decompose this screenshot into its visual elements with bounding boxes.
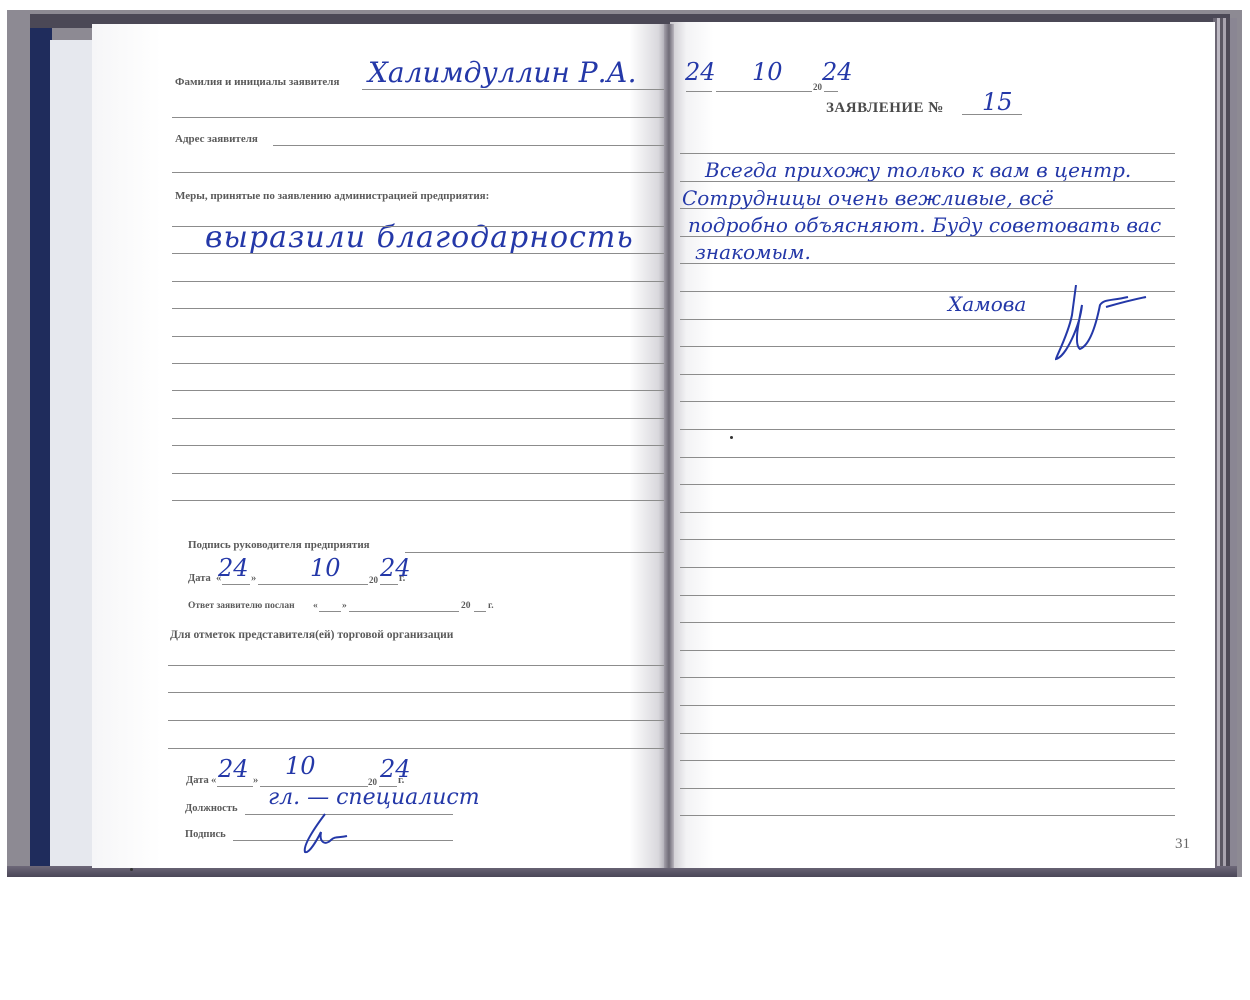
ruled-line [680, 512, 1175, 513]
trade-rep-date-year: 24 [380, 755, 411, 783]
author-signature-mark [1050, 285, 1150, 365]
ruled-line [680, 484, 1175, 485]
reply-year-line [474, 611, 486, 612]
flyleaf-page [50, 40, 95, 873]
applicant-name-value[interactable]: Халимдуллин Р.А. [368, 56, 637, 89]
author-signature-name[interactable]: Хамова [948, 292, 1026, 316]
statement-body-line-2[interactable]: Сотрудницы очень вежливые, всё [682, 186, 1054, 210]
quote-close: » [253, 775, 258, 786]
header-date-month: 10 [752, 58, 783, 86]
ruled-line [680, 788, 1175, 789]
manager-date-year: 24 [380, 554, 411, 582]
manager-date-year-prefix: 20 [369, 575, 378, 585]
page-number: 31 [1175, 836, 1190, 853]
manager-date-day-line [222, 584, 250, 585]
header-date-year: 24 [822, 58, 853, 86]
quote-close: » [251, 573, 256, 584]
statement-body-line-1[interactable]: Всегда прихожу только к вам в центр. [705, 158, 1131, 182]
reply-year-prefix: 20 [461, 601, 471, 611]
ruled-line [680, 677, 1175, 678]
book-cover-left [30, 28, 52, 877]
ruled-line [680, 650, 1175, 651]
applicant-name-label: Фамилия и инициалы заявителя [175, 76, 339, 88]
ruled-line [680, 705, 1175, 706]
ruled-line [172, 226, 667, 227]
right-page [670, 22, 1215, 868]
signature-label: Подпись [185, 829, 226, 840]
quote-open: « [211, 775, 216, 786]
reply-sent-suffix: г. [488, 601, 494, 611]
ruled-line [172, 308, 667, 309]
ruled-line [172, 418, 667, 419]
applicant-name-line [362, 89, 667, 90]
position-label: Должность [185, 803, 238, 814]
ruled-line [172, 473, 667, 474]
ruled-line [172, 363, 667, 364]
trade-rep-day-line [217, 786, 253, 787]
measures-label: Меры, принятые по заявлению администраци… [175, 190, 489, 202]
ruled-line [680, 401, 1175, 402]
applicant-name-line-2 [172, 117, 667, 118]
header-date-year-prefix: 20 [813, 82, 822, 92]
reply-day-line [319, 611, 341, 612]
ruled-line [680, 815, 1175, 816]
ruled-line [168, 692, 667, 693]
ruled-line [168, 748, 667, 749]
page-stack-edge [1213, 18, 1237, 870]
trade-rep-signature-mark [295, 810, 355, 855]
trade-rep-date-day: 24 [218, 755, 249, 783]
ruled-line [680, 429, 1175, 430]
ruled-line [680, 733, 1175, 734]
scan-speck [130, 868, 133, 871]
applicant-address-line-2 [172, 172, 667, 173]
manager-date-year-line [380, 584, 398, 585]
reply-month-line [349, 611, 459, 612]
header-date-day: 24 [685, 58, 716, 86]
ruled-line [172, 281, 667, 282]
ruled-line [680, 374, 1175, 375]
book-spine-gutter [664, 24, 674, 868]
applicant-address-label: Адрес заявителя [175, 133, 258, 145]
ruled-line [680, 153, 1175, 154]
left-page [92, 24, 670, 868]
manager-date-month-line [258, 584, 368, 585]
ruled-line [680, 457, 1175, 458]
ruled-line [172, 500, 667, 501]
scan-speck [730, 436, 733, 439]
quote-open: « [313, 601, 318, 611]
ruled-line [680, 539, 1175, 540]
ruled-line [172, 445, 667, 446]
reply-sent-label: Ответ заявителю послан [188, 601, 295, 611]
trade-rep-date-label: Дата [186, 775, 209, 786]
quote-close: » [342, 601, 347, 611]
manager-date-day: 24 [218, 554, 249, 582]
trade-rep-label: Для отметок представителя(ей) торговой о… [170, 629, 453, 641]
position-value[interactable]: гл. — специалист [268, 785, 480, 810]
manager-date-month: 10 [310, 554, 341, 582]
statement-body-line-3[interactable]: подробно объясняют. Буду советовать вас [688, 213, 1161, 237]
applicant-address-line [273, 145, 667, 146]
manager-date-label: Дата [188, 573, 211, 584]
ruled-line [168, 720, 667, 721]
ruled-line [680, 760, 1175, 761]
ruled-line [680, 595, 1175, 596]
ruled-line [680, 567, 1175, 568]
ruled-line [172, 336, 667, 337]
header-date-year-line [824, 91, 838, 92]
manager-signature-line [405, 552, 667, 553]
ruled-line [168, 665, 667, 666]
ruled-line [172, 390, 667, 391]
ruled-line [172, 253, 667, 254]
statement-body-line-4[interactable]: знакомым. [695, 240, 811, 264]
trade-rep-date-month: 10 [285, 752, 316, 780]
statement-title: ЗАЯВЛЕНИЕ № [826, 100, 944, 117]
ruled-line [680, 622, 1175, 623]
header-date-month-line [716, 91, 812, 92]
statement-number[interactable]: 15 [982, 88, 1013, 116]
header-date-day-line [686, 91, 712, 92]
manager-signature-label: Подпись руководителя предприятия [188, 539, 370, 551]
